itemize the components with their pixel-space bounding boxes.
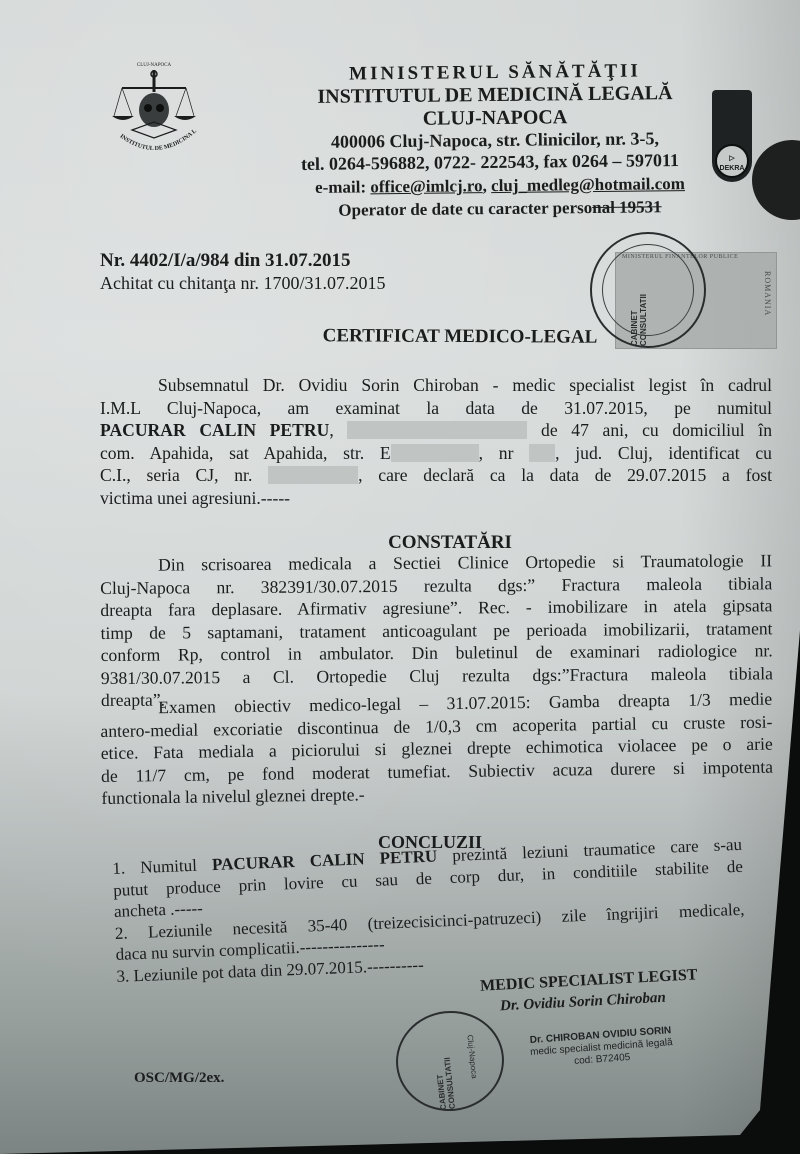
email-separator: ,: [482, 176, 486, 195]
stamp-center-text: CABINET CONSULTATII: [432, 1041, 457, 1111]
text-fragment: , nr: [479, 443, 530, 463]
fiscal-stamp-side-text: ROMANIA: [763, 271, 772, 316]
data-operator-text: Operator de date cu caracter perso: [338, 198, 592, 220]
dekra-certification-badge: ▷DEKRA: [712, 90, 752, 182]
intro-paragraph: Subsemnatul Dr. Ovidiu Sorin Chiroban - …: [100, 374, 772, 509]
data-operator-number: nal 19531: [592, 197, 662, 217]
intro-line: com. Apahida, sat Apahida, str. E, nr , …: [100, 442, 772, 465]
copy-reference: OSC/MG/2ex.: [134, 1070, 224, 1087]
redacted-cnp: [347, 421, 527, 439]
document-title: CERTIFICAT MEDICO-LEGAL: [280, 325, 640, 349]
patient-name: PACURAR CALIN PETRU: [100, 420, 329, 440]
receipt-number: Achitat cu chitanţa nr. 1700/31.07.2015: [100, 273, 385, 294]
redacted-id-number: [268, 466, 358, 484]
email-link-hotmail[interactable]: cluj_medleg@hotmail.com: [491, 174, 685, 195]
dekra-label: DEKRA: [720, 165, 745, 172]
conclusions-list: 1. Numitul PACURAR CALIN PETRU prezintă …: [112, 834, 746, 987]
text-fragment: 1. Numitul: [112, 855, 212, 878]
dekra-seal-icon: ▷DEKRA: [715, 144, 749, 178]
text-fragment: , care declară ca la data de 29.07.2015 …: [358, 465, 772, 485]
intro-line: I.M.L Cluj-Napoca, am examinat la data d…: [100, 397, 772, 420]
findings-paragraph: Din scrisoarea medicala a Sectiei Clinic…: [100, 549, 773, 711]
stamp-inner-ring: [602, 244, 694, 336]
text-fragment: de 47 ani, cu domiciliul în: [527, 420, 772, 440]
email-label: e-mail:: [315, 177, 366, 197]
stamp-city-text: Cluj-Napoca: [465, 1034, 479, 1079]
institute-logo: CLUJ-NAPOCA INSTITUTUL DE MEDICINA LEGAL…: [104, 58, 204, 158]
exam-paragraph: Examen obiectiv medico-legal – 31.07.201…: [100, 688, 774, 810]
registration-number: Nr. 4402/I/a/984 din 31.07.2015: [100, 250, 351, 272]
intro-line: victima unei agresiuni.-----: [100, 487, 772, 510]
svg-text:CLUJ-NAPOCA: CLUJ-NAPOCA: [137, 63, 172, 68]
scales-skull-icon: CLUJ-NAPOCA INSTITUTUL DE MEDICINA LEGAL…: [104, 58, 204, 158]
findings-line: 9381/30.07.2015 a Cl. Ortopedie Cluj rez…: [101, 662, 773, 689]
intro-line: PACURAR CALIN PETRU, de 47 ani, cu domic…: [100, 419, 772, 442]
text-fragment: C.I., seria CJ, nr.: [100, 465, 268, 485]
redacted-house-number: [529, 444, 555, 462]
intro-line: Subsemnatul Dr. Ovidiu Sorin Chiroban - …: [100, 374, 772, 397]
text-fragment: com. Apahida, sat Apahida, str. E: [100, 443, 391, 463]
text-fragment: ,: [329, 420, 347, 440]
redacted-street: [391, 444, 479, 462]
text-fragment: , jud. Cluj, identificat cu: [555, 443, 772, 463]
email-link-office[interactable]: office@imlcj.ro: [370, 176, 482, 196]
intro-line: C.I., seria CJ, nr. , care declară ca la…: [100, 464, 772, 487]
